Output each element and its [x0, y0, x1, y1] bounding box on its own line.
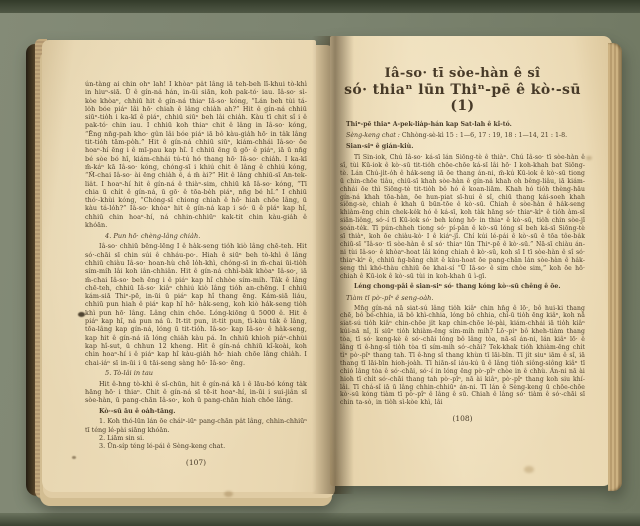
activity-item-1: 1. Koh thó-lūn lán ōe cháiⁿ-iūⁿ pang-chā… — [85, 417, 307, 434]
chapter-title-line1: Iâ-so· tī sòe-hàn ê sî — [340, 66, 585, 82]
scripture-label: Sèng-keng chat : — [346, 132, 400, 139]
open-book: ún-tàng ai chin ohⁿ lah! I khòaⁿ pa̍t lâ… — [26, 36, 618, 506]
background-shadow-top — [0, 0, 640, 13]
left-page-number: (107) — [85, 458, 307, 467]
activities-heading: Kò·-sū āu ê oa̍h-tāng. — [85, 407, 307, 416]
right-paragraph-intro: Tī Sin-iok, Chú Iâ-so· ká-sī lán Siōng-t… — [340, 154, 585, 281]
scripture-reference-line: Sèng-keng chat : Chhòng-sè-kì 15 : 1—6, … — [340, 132, 585, 140]
right-page: Iâ-so· tī sòe-hàn ê sî só· thiaⁿ lūn Thi… — [330, 36, 612, 486]
chapter-subtitle: Thiⁿ-pē thiaⁿ A-pek-lia̍p-hán kap Sat-la… — [340, 121, 585, 129]
page-stack-right — [608, 43, 622, 491]
section-heading-5: 5. Tò-lâi in tau — [85, 369, 307, 378]
tent-life-subheading: Tiàm tī pò·-pîⁿ ê seng-oa̍h. — [340, 294, 585, 303]
chapter-title-line2: só· thiaⁿ lūn Thiⁿ-pē ê kò·-sū (1) — [340, 82, 585, 114]
left-page: ún-tàng ai chin ohⁿ lah! I khòaⁿ pa̍t lâ… — [42, 40, 316, 492]
storytelling-section-heading: Léng chong-pâi ê sian-siⁿ só· thang kóng… — [340, 283, 585, 292]
left-paragraph-home: Hit ê-hng tò-khì ê sî-chūn, hit ê gín-ná… — [85, 380, 307, 405]
left-paragraph-feeding: Iâ-so· chhiū bēng-lēng I ê ha̍k-seng tio… — [85, 242, 307, 366]
left-paragraph-continuation: ún-tàng ai chin ohⁿ lah! I khòaⁿ pa̍t lâ… — [85, 80, 307, 229]
right-paragraph-tent: Mn̄g gín-ná nā siat-sú lâng tio̍h kiâⁿ c… — [340, 305, 585, 408]
activity-item-3: 3. Ūn-si̍p téng lé-pái ê Sèng-keng chat. — [85, 442, 307, 450]
background-shadow-bottom — [0, 513, 640, 526]
teacher-study-heading: Sian-siⁿ ê gián-kiù. — [340, 143, 585, 151]
book-gutter-shadow — [312, 36, 354, 494]
right-page-number: (108) — [340, 414, 585, 423]
scripture-refs: Chhòng-sè-kì 15 : 1—6, 17 : 19, 18 : 1—1… — [402, 132, 567, 139]
section-heading-4: 4. Pun hō· chèng-lâng chia̍h. — [85, 232, 307, 241]
